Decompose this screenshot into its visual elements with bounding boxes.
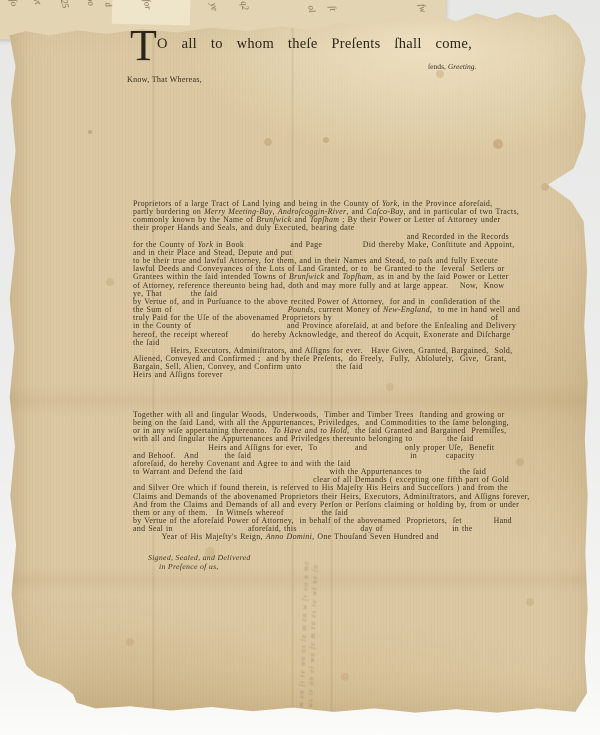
- photo-stage: ſoyt25bodforyeq2olſtfw T O all to whom t…: [0, 0, 600, 735]
- roman-text: Heirs and Aſſigns forever: [133, 370, 223, 379]
- handwriting-stroke: ſo: [8, 0, 19, 7]
- handwriting-stroke: for: [142, 0, 154, 11]
- roman-text: ; By their Power or Letter of Attorney u…: [339, 215, 500, 224]
- paragraph-appointment: Proprietors of a large Tract of Land lyi…: [133, 200, 509, 379]
- greeting-line: ſends, Greeting.: [428, 62, 476, 71]
- handwriting-stroke: ye: [209, 2, 220, 12]
- ink-bleedthrough: m en ſt re wn os le m en w ſr eo n me ws…: [297, 557, 336, 708]
- attestation-line: Signed, Sealed, and Delivered: [148, 553, 251, 562]
- handwriting-stroke: q2: [239, 0, 251, 11]
- handwriting-stroke: ſt: [327, 5, 338, 12]
- foxing-spots: [88, 130, 92, 134]
- document-line: Year of His Majeſty's Reign, Anno Domini…: [133, 533, 509, 541]
- document-line: Heirs and Aſſigns forever: [133, 371, 509, 379]
- greeting-text: Greeting.: [448, 62, 477, 71]
- attestation-block: Signed, Sealed, and Delivered in Preſenc…: [148, 553, 251, 571]
- roman-text: their proper Hands and Seals, and duly E…: [133, 223, 354, 232]
- handwriting-stroke: 25: [59, 0, 71, 9]
- handwriting-stroke: fw: [417, 3, 428, 13]
- handwriting-stroke: ol: [306, 5, 317, 14]
- handwriting-stroke: yt: [32, 0, 43, 5]
- attestation-line: in Preſence of us,: [148, 562, 251, 571]
- deed-document: T O all to whom theſe Preſents ſhall com…: [8, 10, 590, 714]
- roman-text: , One Thouſand Seven Hundred and: [312, 532, 439, 541]
- document-line: hereof, the receipt whereof do hereby Ac…: [133, 331, 509, 339]
- italic-text: Anno Domini: [266, 532, 312, 541]
- drop-cap-T: T: [130, 24, 157, 68]
- roman-text: hereof, the receipt whereof do hereby Ac…: [133, 330, 511, 339]
- sends-text: ſends,: [428, 62, 448, 71]
- paragraph-habendum: Together with all and ſingular Woods, Un…: [133, 411, 509, 542]
- handwriting-stroke: bo: [85, 0, 97, 7]
- roman-text: Year of His Majeſty's Reign,: [133, 532, 266, 541]
- document-title: O all to whom theſe Preſents ſhall come,: [157, 36, 472, 53]
- handwriting-stroke: d: [103, 2, 114, 8]
- know-that-whereas-line: Know, That Whereas,: [127, 75, 202, 84]
